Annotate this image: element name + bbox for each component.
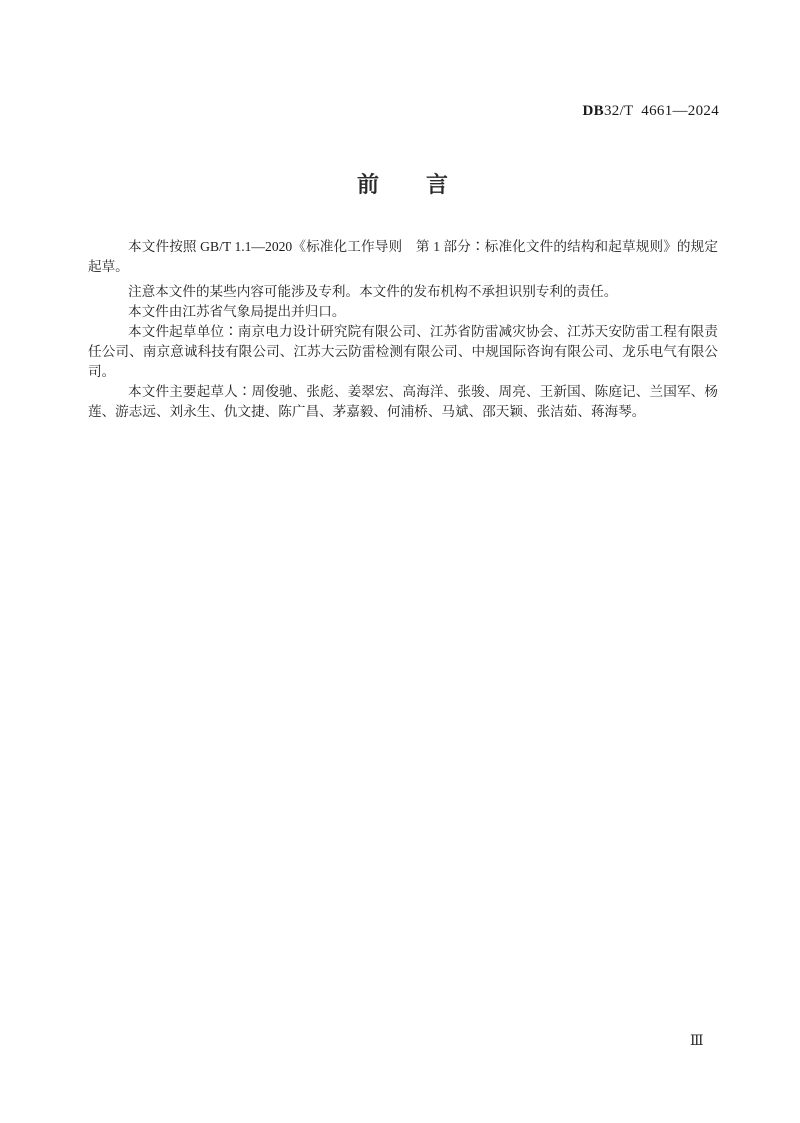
standard-code-number: 32/T 4661—2024 [604,103,719,119]
page-number: Ⅲ [690,1033,704,1050]
paragraph-main-drafters: 本文件主要起草人∶周俊驰、张彪、姜翠宏、高海洋、张骏、周亮、王新国、陈庭记、兰国… [88,382,718,422]
foreword-body: 本文件按照 GB/T 1.1—2020《标准化工作导则 第 1 部分∶标准化文件… [88,237,718,422]
paragraph-drafting-organizations: 本文件起草单位∶南京电力设计研究院有限公司、江苏省防雷减灾协会、江苏天安防雷工程… [88,322,718,382]
paragraph-patent-notice: 注意本文件的某些内容可能涉及专利。本文件的发布机构不承担识别专利的责任。 [88,282,718,302]
standard-code: DB32/T 4661—2024 [583,103,719,120]
paragraph-drafting-rules: 本文件按照 GB/T 1.1—2020《标准化工作导则 第 1 部分∶标准化文件… [88,237,718,277]
paragraph-proposing-body: 本文件由江苏省气象局提出并归口。 [88,302,718,322]
standard-code-prefix: DB [583,103,604,119]
page-title: 前 言 [88,168,718,199]
document-page: DB32/T 4661—2024 前 言 本文件按照 GB/T 1.1—2020… [0,0,800,1123]
